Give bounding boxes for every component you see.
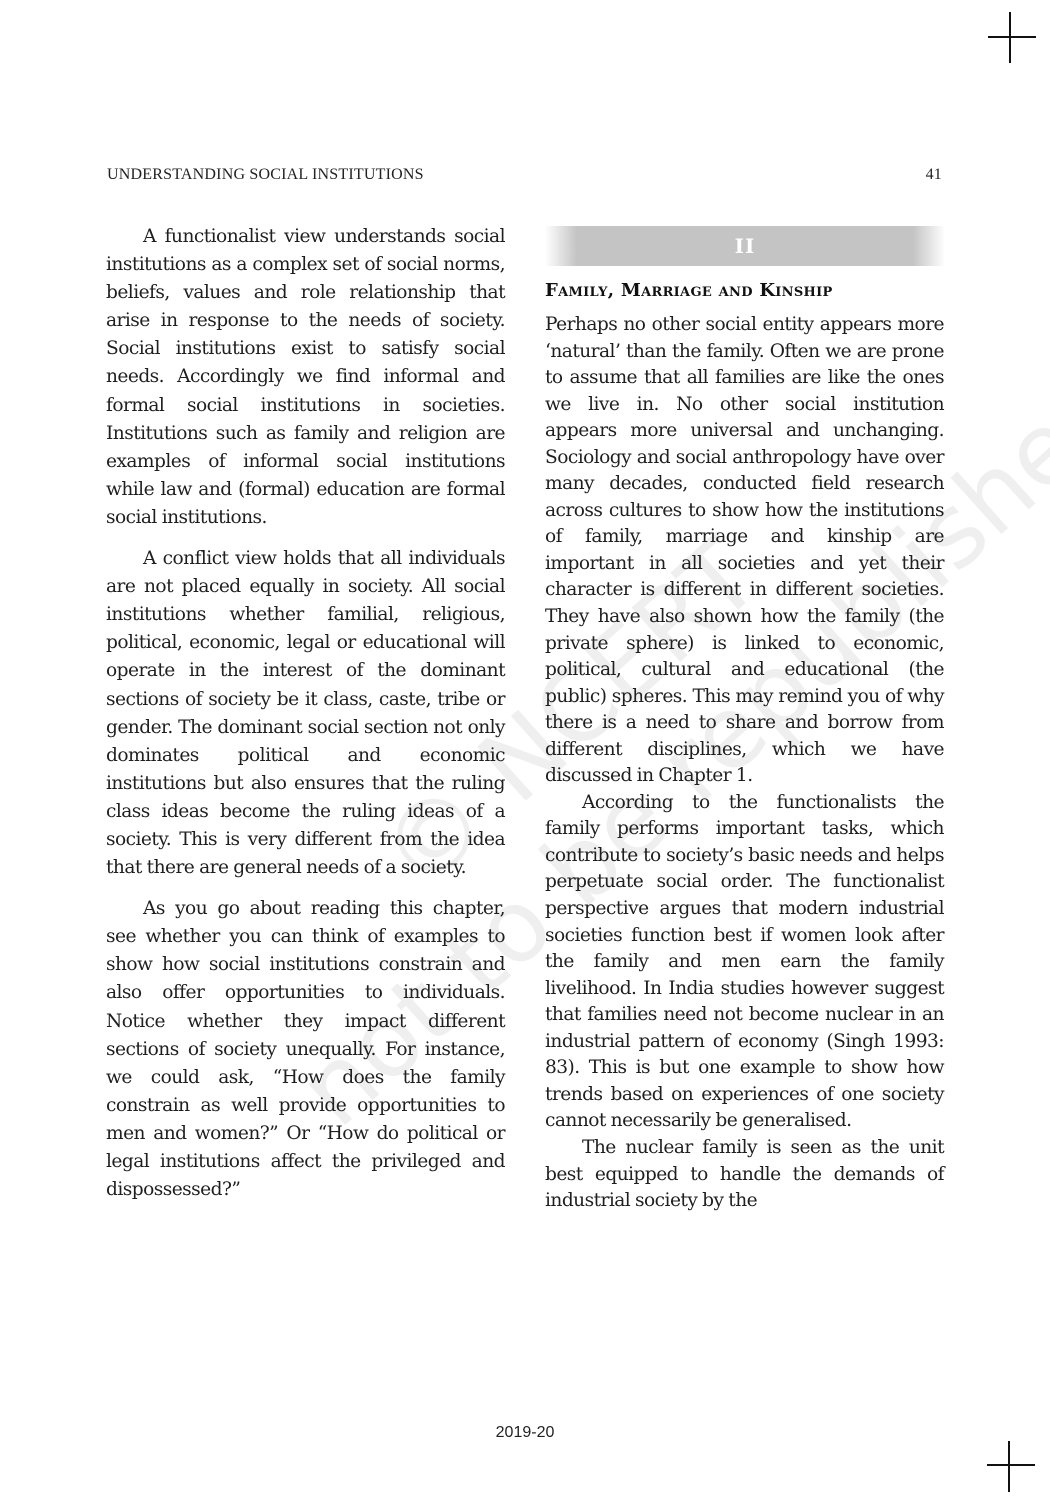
paragraph-functionalists-family: According to the functionalists the fami… [545, 790, 944, 1135]
section-number: II [735, 234, 756, 258]
crop-mark-top-horizontal [988, 36, 1036, 38]
paragraph-functionalist-view: A functionalist view understands social … [106, 223, 505, 532]
page-number: 41 [926, 166, 942, 184]
running-header: UNDERSTANDING SOCIAL INSTITUTIONS 41 [107, 166, 942, 188]
footer-year: 2019-20 [0, 1424, 1050, 1442]
right-column: Perhaps no other social entity appears m… [545, 312, 944, 1215]
paragraph-conflict-view: A conflict view holds that all individua… [106, 545, 505, 882]
running-title: UNDERSTANDING SOCIAL INSTITUTIONS [107, 166, 424, 184]
section-number-bar: II [545, 226, 945, 266]
paragraph-reading-guide: As you go about reading this chapter, se… [106, 895, 505, 1204]
paragraph-family-natural: Perhaps no other social entity appears m… [545, 312, 944, 790]
left-column: A functionalist view understands social … [106, 223, 505, 1217]
paragraph-nuclear-family: The nuclear family is seen as the unit b… [545, 1135, 944, 1215]
crop-mark-bottom-vertical [1008, 1441, 1010, 1492]
section-heading: Family, Marriage and Kinship [545, 280, 945, 301]
crop-mark-bottom-horizontal [987, 1464, 1035, 1466]
